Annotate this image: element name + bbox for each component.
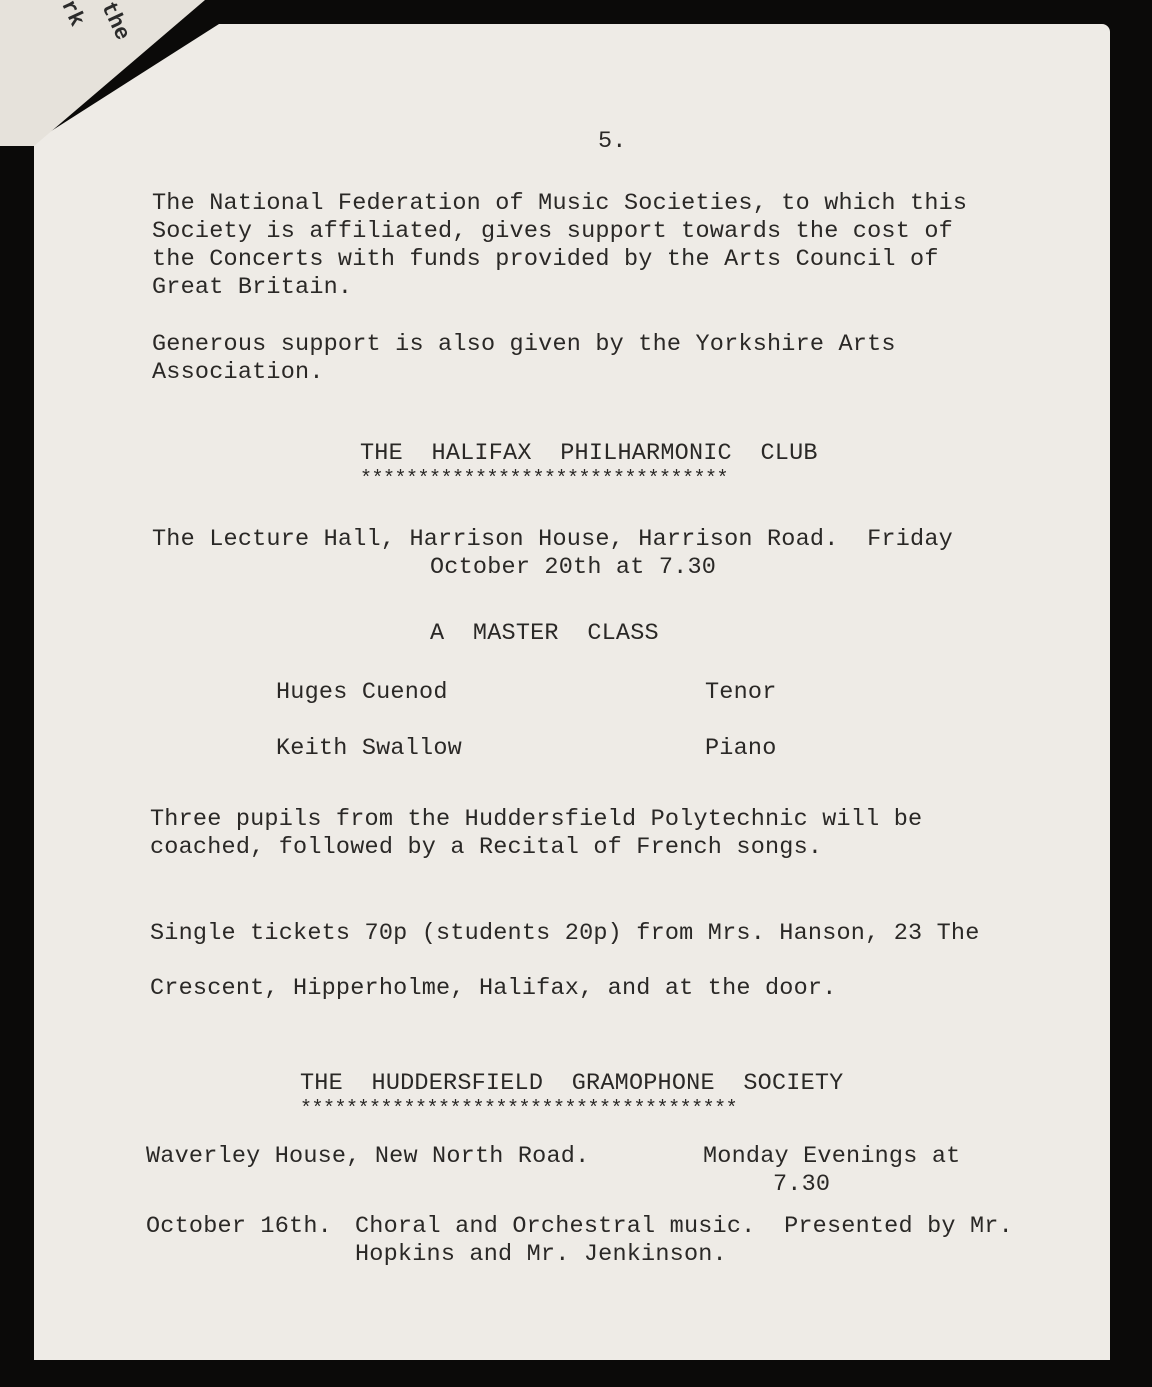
venue-line: Waverley House, New North Road. bbox=[146, 1143, 589, 1171]
venue-line: The Lecture Hall, Harrison House, Harris… bbox=[152, 526, 953, 554]
text-line: Great Britain. bbox=[152, 274, 352, 302]
event-date: October 16th. bbox=[146, 1213, 332, 1241]
text-line: Society is affiliated, gives support tow… bbox=[152, 218, 953, 246]
section-heading: THE HALIFAX PHILHARMONIC CLUB bbox=[360, 440, 818, 468]
event-line: Hopkins and Mr. Jenkinson. bbox=[355, 1241, 727, 1269]
text-line: the Concerts with funds provided by the … bbox=[152, 246, 939, 274]
text-line: Generous support is also given by the Yo… bbox=[152, 331, 896, 359]
tickets-line: Crescent, Hipperholme, Halifax, and at t… bbox=[150, 975, 837, 1003]
event-title: A MASTER CLASS bbox=[430, 620, 659, 648]
schedule-time: 7.30 bbox=[773, 1171, 830, 1199]
text-line: The National Federation of Music Societi… bbox=[152, 190, 967, 218]
section-heading: THE HUDDERSFIELD GRAMOPHONE SOCIETY bbox=[300, 1070, 844, 1098]
description-line: Three pupils from the Huddersfield Polyt… bbox=[150, 806, 922, 834]
performer-role: Tenor bbox=[705, 679, 777, 707]
tickets-line: Single tickets 70p (students 20p) from M… bbox=[150, 920, 980, 948]
performer-name: Keith Swallow bbox=[276, 735, 462, 763]
event-line: Choral and Orchestral music. Presented b… bbox=[355, 1213, 1013, 1241]
date-line: October 20th at 7.30 bbox=[430, 554, 716, 582]
folded-corner-word: rk bbox=[55, 0, 89, 30]
folded-corner-word: the bbox=[95, 0, 134, 44]
performer-role: Piano bbox=[705, 735, 777, 763]
text-line: Association. bbox=[152, 359, 324, 387]
heading-underline: ************************************** bbox=[300, 1096, 737, 1124]
heading-underline: ******************************** bbox=[360, 466, 728, 494]
performer-name: Huges Cuenod bbox=[276, 679, 448, 707]
schedule-line: Monday Evenings at bbox=[703, 1143, 960, 1171]
page-number: 5. bbox=[598, 128, 627, 156]
description-line: coached, followed by a Recital of French… bbox=[150, 834, 822, 862]
